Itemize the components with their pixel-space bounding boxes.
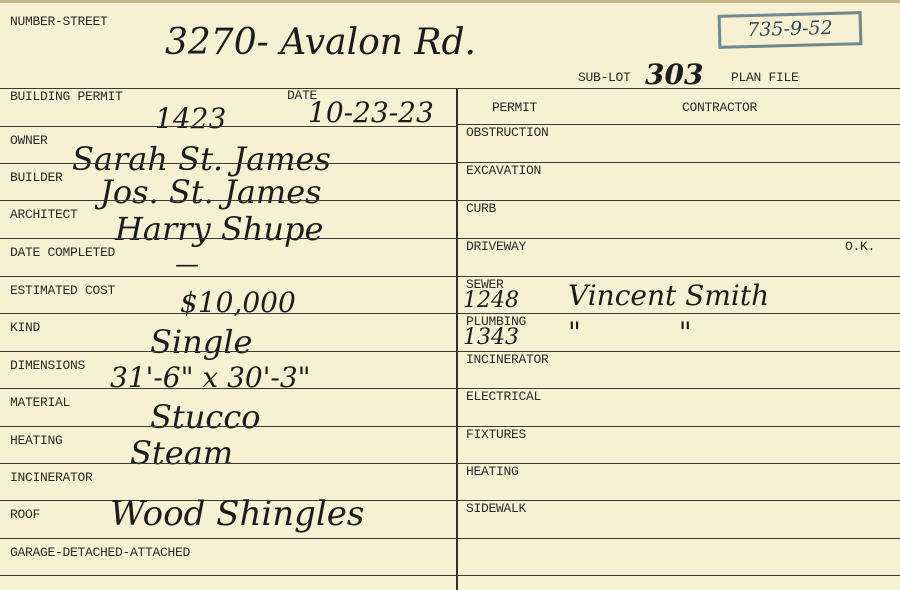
field-value: $10,000 [180, 286, 296, 319]
field-label: MATERIAL [10, 395, 70, 410]
field-value: Steam [130, 434, 233, 472]
permit-number: 1248 [463, 288, 519, 313]
permit-label: EXCAVATION [466, 163, 541, 178]
permit-number: 1343 [463, 325, 519, 350]
row-divider [458, 538, 900, 539]
row-divider [458, 575, 900, 576]
row-divider [0, 276, 456, 277]
field-label: BUILDER [10, 170, 63, 185]
number-street-label: NUMBER-STREET [10, 14, 108, 29]
row-divider [0, 351, 456, 352]
row-divider [0, 238, 456, 239]
permit-label: DRIVEWAY [466, 239, 526, 254]
field-label: OWNER [10, 133, 48, 148]
row-divider [0, 538, 456, 539]
contractor-name: " " [568, 316, 692, 349]
field-value: Single [150, 323, 252, 361]
field-value: Harry Shupe [115, 210, 323, 248]
row-divider [0, 575, 456, 576]
permit-label: CURB [466, 201, 496, 216]
field-label: BUILDING PERMIT [10, 89, 123, 104]
field-value: Jos. St. James [100, 173, 322, 211]
row-divider [0, 388, 456, 389]
file-stamp: 735-9-52 [718, 11, 863, 49]
sub-lot-value: 303 [645, 58, 703, 91]
row-divider [0, 313, 456, 314]
field-label: ESTIMATED COST [10, 283, 115, 298]
row-divider [458, 200, 900, 201]
row-divider [0, 426, 456, 427]
field-label: GARAGE-DETACHED-ATTACHED [10, 545, 190, 560]
field-value: 1423 [155, 102, 226, 135]
date-value: 10-23-23 [308, 96, 434, 129]
field-label: ROOF [10, 507, 40, 522]
field-label: DATE COMPLETED [10, 245, 115, 260]
row-divider [458, 463, 900, 464]
permit-header: PERMIT [492, 100, 537, 115]
column-divider [456, 88, 458, 590]
permit-label: ELECTRICAL [466, 389, 541, 404]
sub-lot-label: SUB-LOT [578, 70, 631, 85]
permit-label: FIXTURES [466, 427, 526, 442]
permit-label: SIDEWALK [466, 501, 526, 516]
row-divider [0, 163, 456, 164]
number-street-value: 3270- Avalon Rd. [165, 22, 476, 63]
field-label: DIMENSIONS [10, 358, 85, 373]
field-label: HEATING [10, 433, 63, 448]
field-label: INCINERATOR [10, 470, 93, 485]
field-value: Wood Shingles [110, 494, 364, 534]
permit-card: NUMBER-STREET 3270- Avalon Rd. 735-9-52 … [0, 0, 900, 590]
field-value: — [175, 250, 199, 278]
contractor-name: Vincent Smith [568, 279, 769, 312]
field-value: 31'-6" x 30'-3" [110, 361, 311, 394]
row-divider [0, 200, 456, 201]
contractor-header: CONTRACTOR [682, 100, 757, 115]
row-divider [458, 276, 900, 277]
card-top-edge [0, 0, 900, 3]
field-label: KIND [10, 320, 40, 335]
permit-label: OBSTRUCTION [466, 125, 549, 140]
row-divider [0, 463, 456, 464]
plan-file-label: PLAN FILE [731, 70, 799, 85]
field-value: Stucco [150, 398, 261, 436]
permit-note: O.K. [845, 239, 875, 254]
permit-label: HEATING [466, 464, 519, 479]
permit-label: INCINERATOR [466, 352, 549, 367]
divider [0, 88, 900, 89]
field-label: ARCHITECT [10, 207, 78, 222]
